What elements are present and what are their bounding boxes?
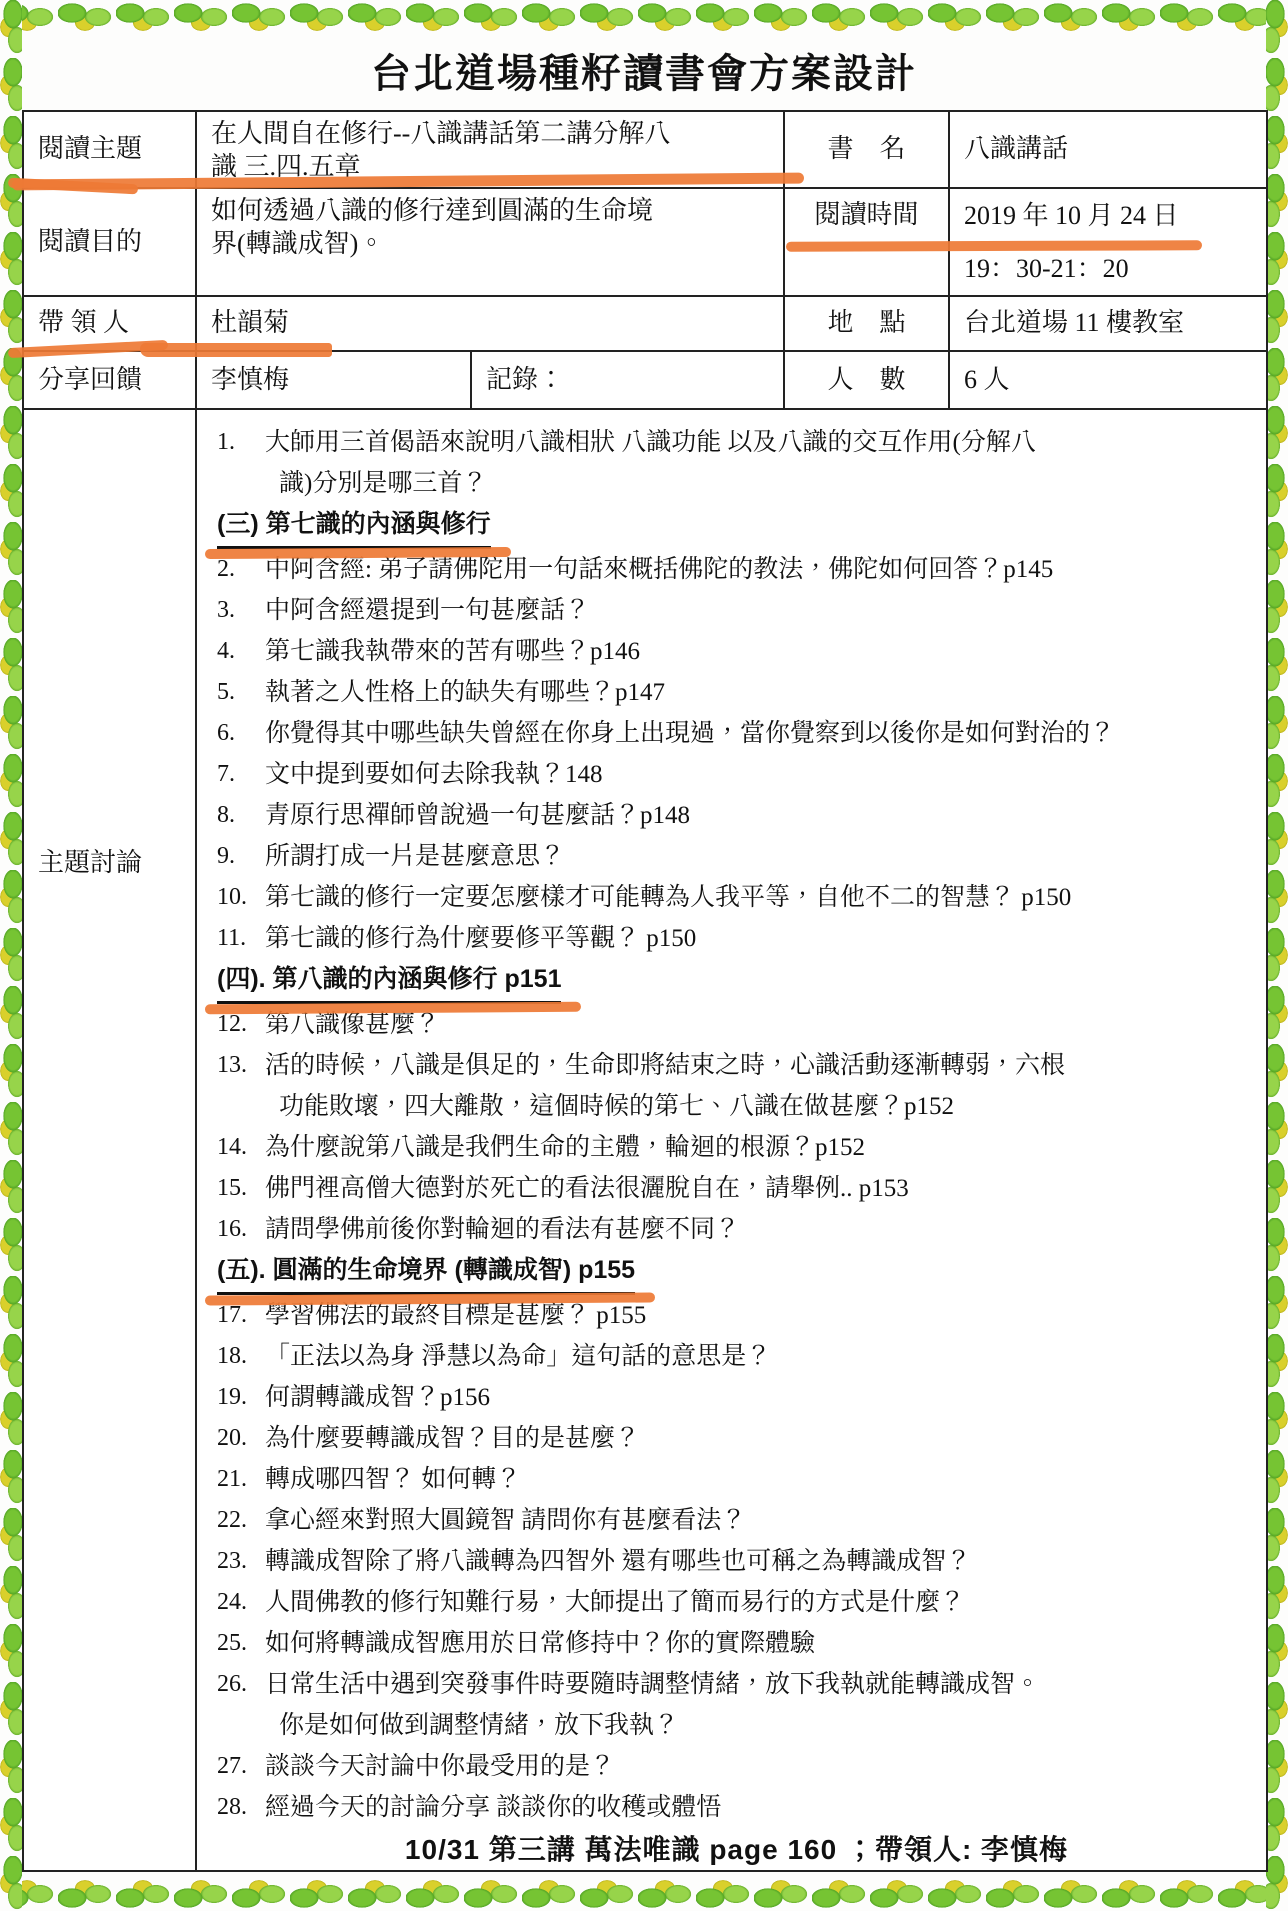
discussion-item: 3.中阿含經還提到一句甚麼話？ [217, 590, 1256, 631]
discussion-item: 24.人間佛教的修行知難行易，大師提出了簡而易行的方式是什麼？ [217, 1582, 1256, 1623]
item-number: 13. [217, 1045, 265, 1127]
document-page: 台北道場種籽讀書會方案設計 閱讀主題 在人間自在修行--八識講話第二講分解八 識… [0, 0, 1288, 1911]
attendance-label: 人 數 [785, 352, 950, 408]
item-text: 第七識我執帶來的苦有哪些？p146 [265, 631, 1256, 672]
item-number: 21. [217, 1459, 265, 1500]
discussion-item: 7.文中提到要如何去除我執？148 [217, 754, 1256, 795]
highlight-underline-date [786, 240, 1202, 251]
discussion-item: 10.第七識的修行一定要怎麼樣才可能轉為人我平等，自他不二的智慧？ p150 [217, 877, 1256, 918]
item-number: 7. [217, 754, 265, 795]
discussion-item: 13.活的時候，八識是俱足的，生命即將結束之時，心識活動逐漸轉弱，六根功能敗壞，… [217, 1045, 1256, 1127]
discussion-label: 主題討論 [24, 410, 197, 1870]
location-value: 台北道場 11 樓教室 [950, 297, 1266, 350]
reading-purpose-line1: 如何透過八識的修行達到圓滿的生命境 [211, 195, 769, 228]
discussion-list: 1.大師用三首偈語來說明八識相狀 八識功能 以及八識的交互作用(分解八識)分別是… [197, 410, 1266, 1870]
reading-topic-line1: 在人間自在修行--八識講話第二講分解八 [211, 118, 769, 151]
discussion-item: 28.經過今天的討論分享 談談你的收穫或體悟 [217, 1787, 1256, 1828]
discussion-item: 4.第七識我執帶來的苦有哪些？p146 [217, 631, 1256, 672]
highlight-underline-leader-thick [140, 343, 332, 357]
discussion-item: 11.第七識的修行為什麼要修平等觀？ p150 [217, 918, 1256, 959]
item-number: 24. [217, 1582, 265, 1623]
item-text: 文中提到要如何去除我執？148 [265, 754, 1256, 795]
item-number: 18. [217, 1336, 265, 1377]
reading-purpose-value: 如何透過八識的修行達到圓滿的生命境 界(轉識成智)。 [197, 189, 785, 295]
item-text: 轉成哪四智？ 如何轉？ [265, 1459, 1256, 1500]
leaf-border-right [1266, 0, 1288, 1911]
item-number: 26. [217, 1664, 265, 1746]
item-number: 5. [217, 672, 265, 713]
discussion-section-heading: (三) 第七識的內涵與修行 [217, 504, 1256, 549]
item-number: 20. [217, 1418, 265, 1459]
item-text: 如何將轉識成智應用於日常修持中？你的實際體驗 [265, 1623, 1256, 1664]
item-number: 16. [217, 1209, 265, 1250]
item-text: 談談今天討論中你最受用的是？ [265, 1746, 1256, 1787]
page-title: 台北道場種籽讀書會方案設計 [0, 42, 1288, 99]
item-text: 佛門裡高僧大德對於死亡的看法很灑脫自在，請舉例.. p153 [265, 1168, 1256, 1209]
item-text: 第七識的修行一定要怎麼樣才可能轉為人我平等，自他不二的智慧？ p150 [265, 877, 1256, 918]
item-number: 15. [217, 1168, 265, 1209]
reading-purpose-label: 閱讀目的 [24, 189, 197, 295]
item-number: 8. [217, 795, 265, 836]
discussion-item: 6.你覺得其中哪些缺失曾經在你身上出現過，當你覺察到以後你是如何對治的？ [217, 713, 1256, 754]
discussion-section-heading-text: (五). 圓滿的生命境界 (轉識成智) p155 [217, 1250, 635, 1295]
discussion-item: 21.轉成哪四智？ 如何轉？ [217, 1459, 1256, 1500]
item-number: 27. [217, 1746, 265, 1787]
record-label: 記錄： [472, 352, 785, 408]
discussion-item: 9.所謂打成一片是甚麼意思？ [217, 836, 1256, 877]
item-text: 所謂打成一片是甚麼意思？ [265, 836, 1256, 877]
item-text: 「正法以為身 淨慧以為命」這句話的意思是？ [265, 1336, 1256, 1377]
item-number: 19. [217, 1377, 265, 1418]
item-number: 23. [217, 1541, 265, 1582]
reading-date: 2019 年 10 月 24 日 [950, 189, 1266, 243]
discussion-section-heading: (五). 圓滿的生命境界 (轉識成智) p155 [217, 1250, 1256, 1295]
discussion-item: 26.日常生活中遇到突發事件時要隨時調整情緒，放下我執就能轉識成智。你是如何做到… [217, 1664, 1256, 1746]
discussion-item: 8.青原行思禪師曾說過一句甚麼話？p148 [217, 795, 1256, 836]
item-number: 28. [217, 1787, 265, 1828]
discussion-item: 23.轉識成智除了將八識轉為四智外 還有哪些也可稱之為轉識成智？ [217, 1541, 1256, 1582]
discussion-item: 19.何謂轉識成智？p156 [217, 1377, 1256, 1418]
item-text: 為什麼說第八識是我們生命的主體，輪迴的根源？p152 [265, 1127, 1256, 1168]
book-name-label: 書 名 [785, 112, 950, 187]
next-session-note: 10/31 第三講 萬法唯識 page 160 ；帶領人: 李慎梅 [217, 1830, 1256, 1870]
item-number: 9. [217, 836, 265, 877]
discussion-item: 25.如何將轉識成智應用於日常修持中？你的實際體驗 [217, 1623, 1256, 1664]
item-number: 4. [217, 631, 265, 672]
item-text: 請問學佛前後你對輪迴的看法有甚麼不同？ [265, 1209, 1256, 1250]
discussion-item: 18.「正法以為身 淨慧以為命」這句話的意思是？ [217, 1336, 1256, 1377]
item-number: 1. [217, 422, 265, 504]
discussion-item: 20.為什麼要轉識成智？目的是甚麼？ [217, 1418, 1256, 1459]
item-number: 22. [217, 1500, 265, 1541]
item-number: 10. [217, 877, 265, 918]
item-text: 人間佛教的修行知難行易，大師提出了簡而易行的方式是什麼？ [265, 1582, 1256, 1623]
discussion-item: 22.拿心經來對照大圓鏡智 請問你有甚麼看法？ [217, 1500, 1256, 1541]
item-text: 活的時候，八識是俱足的，生命即將結束之時，心識活動逐漸轉弱，六根功能敗壞，四大離… [265, 1045, 1256, 1127]
item-number: 6. [217, 713, 265, 754]
item-number: 25. [217, 1623, 265, 1664]
item-text: 轉識成智除了將八識轉為四智外 還有哪些也可稱之為轉識成智？ [265, 1541, 1256, 1582]
item-text: 經過今天的討論分享 談談你的收穫或體悟 [265, 1787, 1256, 1828]
item-text: 大師用三首偈語來說明八識相狀 八識功能 以及八識的交互作用(分解八識)分別是哪三… [265, 422, 1256, 504]
discussion-section-heading: (四). 第八識的內涵與修行 p151 [217, 959, 1256, 1004]
leaf-border-bottom [0, 1879, 1288, 1911]
feedback-person: 李慎梅 [197, 352, 472, 408]
location-label: 地 點 [785, 297, 950, 350]
reading-purpose-line2: 界(轉識成智)。 [211, 228, 769, 261]
item-text: 日常生活中遇到突發事件時要隨時調整情緒，放下我執就能轉識成智。你是如何做到調整情… [265, 1664, 1256, 1746]
book-name-value: 八識講話 [950, 112, 1266, 187]
item-text: 何謂轉識成智？p156 [265, 1377, 1256, 1418]
form-table: 閱讀主題 在人間自在修行--八識講話第二講分解八 識 三.四.五章 書 名 八識… [22, 110, 1268, 1872]
leaf-border-left [0, 0, 22, 1911]
discussion-item: 5.執著之人性格上的缺失有哪些？p147 [217, 672, 1256, 713]
item-text: 你覺得其中哪些缺失曾經在你身上出現過，當你覺察到以後你是如何對治的？ [265, 713, 1256, 754]
leaf-border-top [0, 0, 1288, 32]
item-text: 為什麼要轉識成智？目的是甚麼？ [265, 1418, 1256, 1459]
discussion-section-heading-text: (三) 第七識的內涵與修行 [217, 504, 491, 549]
item-text: 青原行思禪師曾說過一句甚麼話？p148 [265, 795, 1256, 836]
item-text: 中阿含經還提到一句甚麼話？ [265, 590, 1256, 631]
item-number: 11. [217, 918, 265, 959]
attendance-value: 6 人 [950, 352, 1266, 408]
discussion-item: 1.大師用三首偈語來說明八識相狀 八識功能 以及八識的交互作用(分解八識)分別是… [217, 422, 1256, 504]
discussion-item: 14.為什麼說第八識是我們生命的主體，輪迴的根源？p152 [217, 1127, 1256, 1168]
discussion-item: 16.請問學佛前後你對輪迴的看法有甚麼不同？ [217, 1209, 1256, 1250]
row-feedback: 分享回饋 李慎梅 記錄： 人 數 6 人 [24, 352, 1266, 410]
item-text: 拿心經來對照大圓鏡智 請問你有甚麼看法？ [265, 1500, 1256, 1541]
reading-topic-label: 閱讀主題 [24, 112, 197, 187]
row-discussion: 主題討論 1.大師用三首偈語來說明八識相狀 八識功能 以及八識的交互作用(分解八… [24, 410, 1266, 1870]
item-text: 第七識的修行為什麼要修平等觀？ p150 [265, 918, 1256, 959]
discussion-item: 15.佛門裡高僧大德對於死亡的看法很灑脫自在，請舉例.. p153 [217, 1168, 1256, 1209]
feedback-label: 分享回饋 [24, 352, 197, 408]
item-number: 3. [217, 590, 265, 631]
item-text: 執著之人性格上的缺失有哪些？p147 [265, 672, 1256, 713]
item-number: 14. [217, 1127, 265, 1168]
discussion-item: 27.談談今天討論中你最受用的是？ [217, 1746, 1256, 1787]
discussion-section-heading-text: (四). 第八識的內涵與修行 p151 [217, 959, 561, 1004]
